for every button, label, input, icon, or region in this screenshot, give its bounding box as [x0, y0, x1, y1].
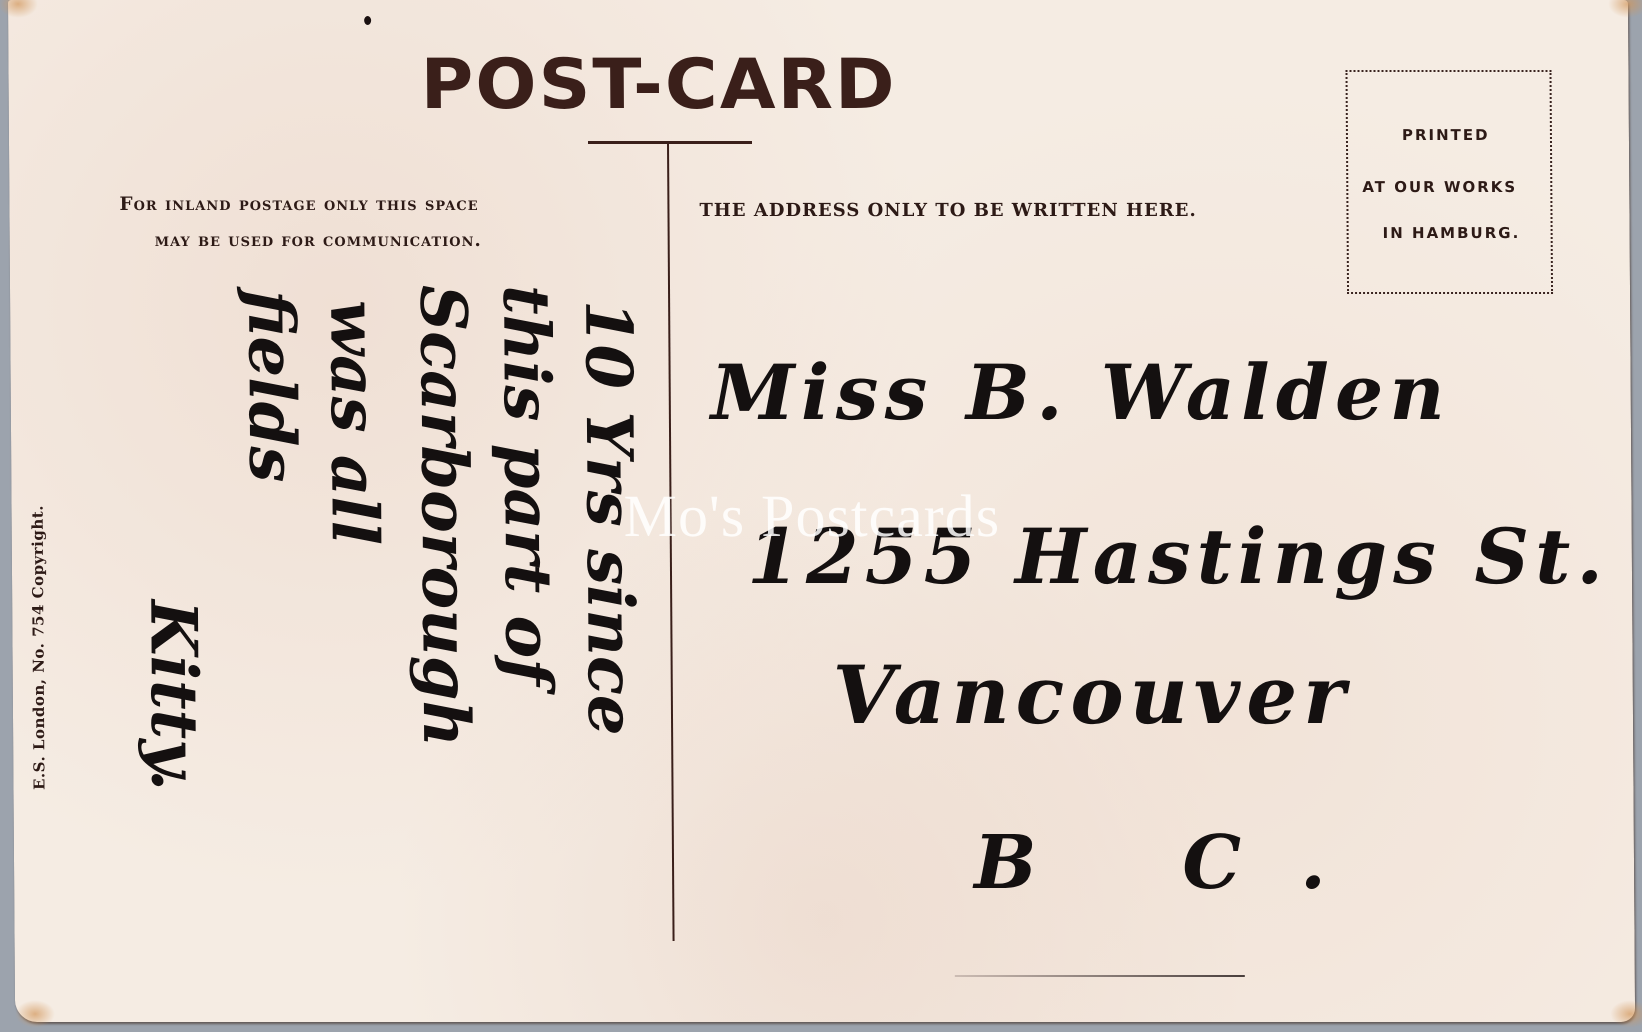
- handwritten-message-line4: was all: [315, 300, 392, 545]
- message-instructions-line1: For inland postage only this space: [119, 194, 478, 215]
- handwritten-address-name: Miss B. Walden: [710, 348, 1450, 437]
- handwritten-message-line5: fields: [233, 290, 309, 482]
- handwritten-signature: Kitty.: [135, 600, 211, 791]
- ink-dot: [364, 16, 371, 25]
- handwritten-message-line3: Scarborough: [405, 285, 483, 747]
- paper-stain: [0, 0, 38, 18]
- divider-crossbar: [588, 141, 752, 144]
- watermark: Mo's Postcards: [623, 482, 1000, 551]
- stamp-box: PRINTED AT OUR WORKS IN HAMBURG.: [1345, 70, 1553, 294]
- stamp-box-line2: AT OUR WORKS: [1362, 178, 1517, 196]
- postcard-back: POST-CARD For inland postage only this s…: [8, 0, 1635, 1022]
- stamp-box-line3: IN HAMBURG.: [1383, 224, 1521, 242]
- stamp-box-line1: PRINTED: [1402, 126, 1490, 144]
- address-instructions: THE ADDRESS ONLY TO BE WRITTEN HERE.: [699, 200, 1196, 221]
- paper-stain: [1608, 0, 1642, 18]
- postcard-title: POST-CARD: [420, 44, 897, 125]
- address-underline: [955, 975, 1245, 977]
- publisher-copyright: E.S. London, No. 754 Copyright.: [29, 505, 49, 790]
- handwritten-address-city: Vancouver: [833, 648, 1352, 742]
- paper-stain: [1610, 1000, 1642, 1028]
- handwritten-address-province: B C.: [974, 820, 1386, 906]
- message-instructions-line2: may be used for communication.: [155, 230, 482, 251]
- paper-stain: [15, 1000, 55, 1028]
- handwritten-message-line2: this part of: [488, 285, 566, 686]
